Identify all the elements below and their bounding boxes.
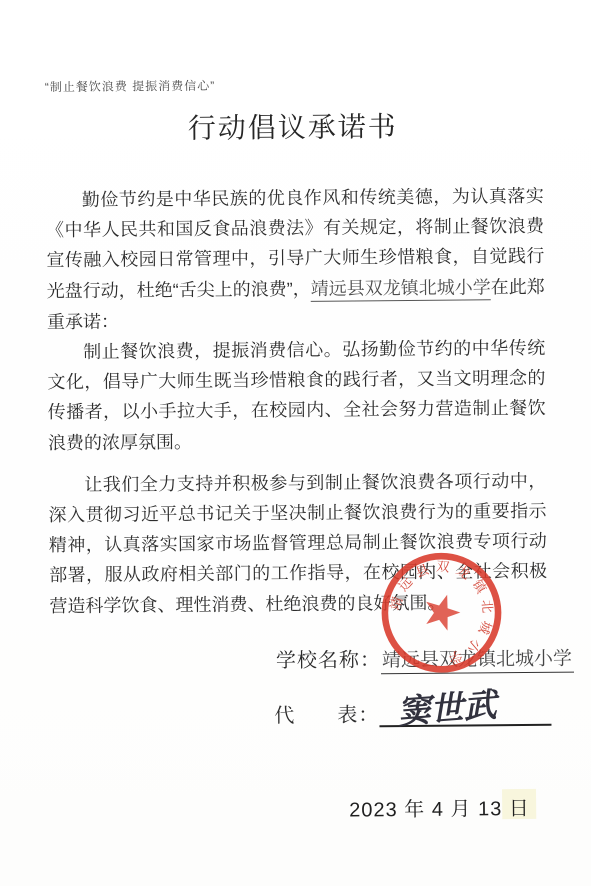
page-title: 行动倡议承诺书 [0, 103, 588, 148]
document-date: 2023 年 4 月 13 日 [349, 792, 530, 823]
document-body: 勤俭节约是中华民族的优良作风和传统美德，为认真落实《中华人民共和国反食品浪费法》… [46, 181, 548, 621]
paragraph-2: 制止餐饮浪费，提振消费信心。弘扬勤俭节约的中华传统文化，倡导广大师生既当珍惜粮食… [47, 333, 546, 458]
paragraph-3: 让我们全力支持并积极参与到制止餐饮浪费各项行动中，深入贯彻习近平总书记关于坚决制… [48, 466, 547, 621]
school-name-label: 学校名称： [276, 649, 381, 672]
date-text: 2023 年 4 月 13 日 [349, 798, 530, 822]
school-name-row: 学校名称：靖远县双龙镇北城小学 [276, 642, 574, 674]
representative-row: 代 表：窦世武 [274, 697, 551, 728]
paragraph-1: 勤俭节约是中华民族的优良作风和传统美德，为认真落实《中华人民共和国反食品浪费法》… [46, 181, 545, 337]
school-name-value: 靖远县双龙镇北城小学 [381, 648, 574, 675]
handwritten-signature: 窦世武 [396, 679, 498, 734]
inline-school-name: 靖远县双龙镇北城小学 [311, 277, 491, 302]
scanned-document-page: “制止餐饮浪费 提振消费信心” 行动倡议承诺书 勤俭节约是中华民族的优良作风和传… [0, 0, 591, 886]
document-sheet: “制止餐饮浪费 提振消费信心” 行动倡议承诺书 勤俭节约是中华民族的优良作风和传… [0, 0, 591, 886]
representative-label: 代 表： [274, 704, 379, 727]
signature-line: 窦世武 [379, 700, 551, 728]
header-slogan: “制止餐饮浪费 提振消费信心” [45, 77, 215, 95]
